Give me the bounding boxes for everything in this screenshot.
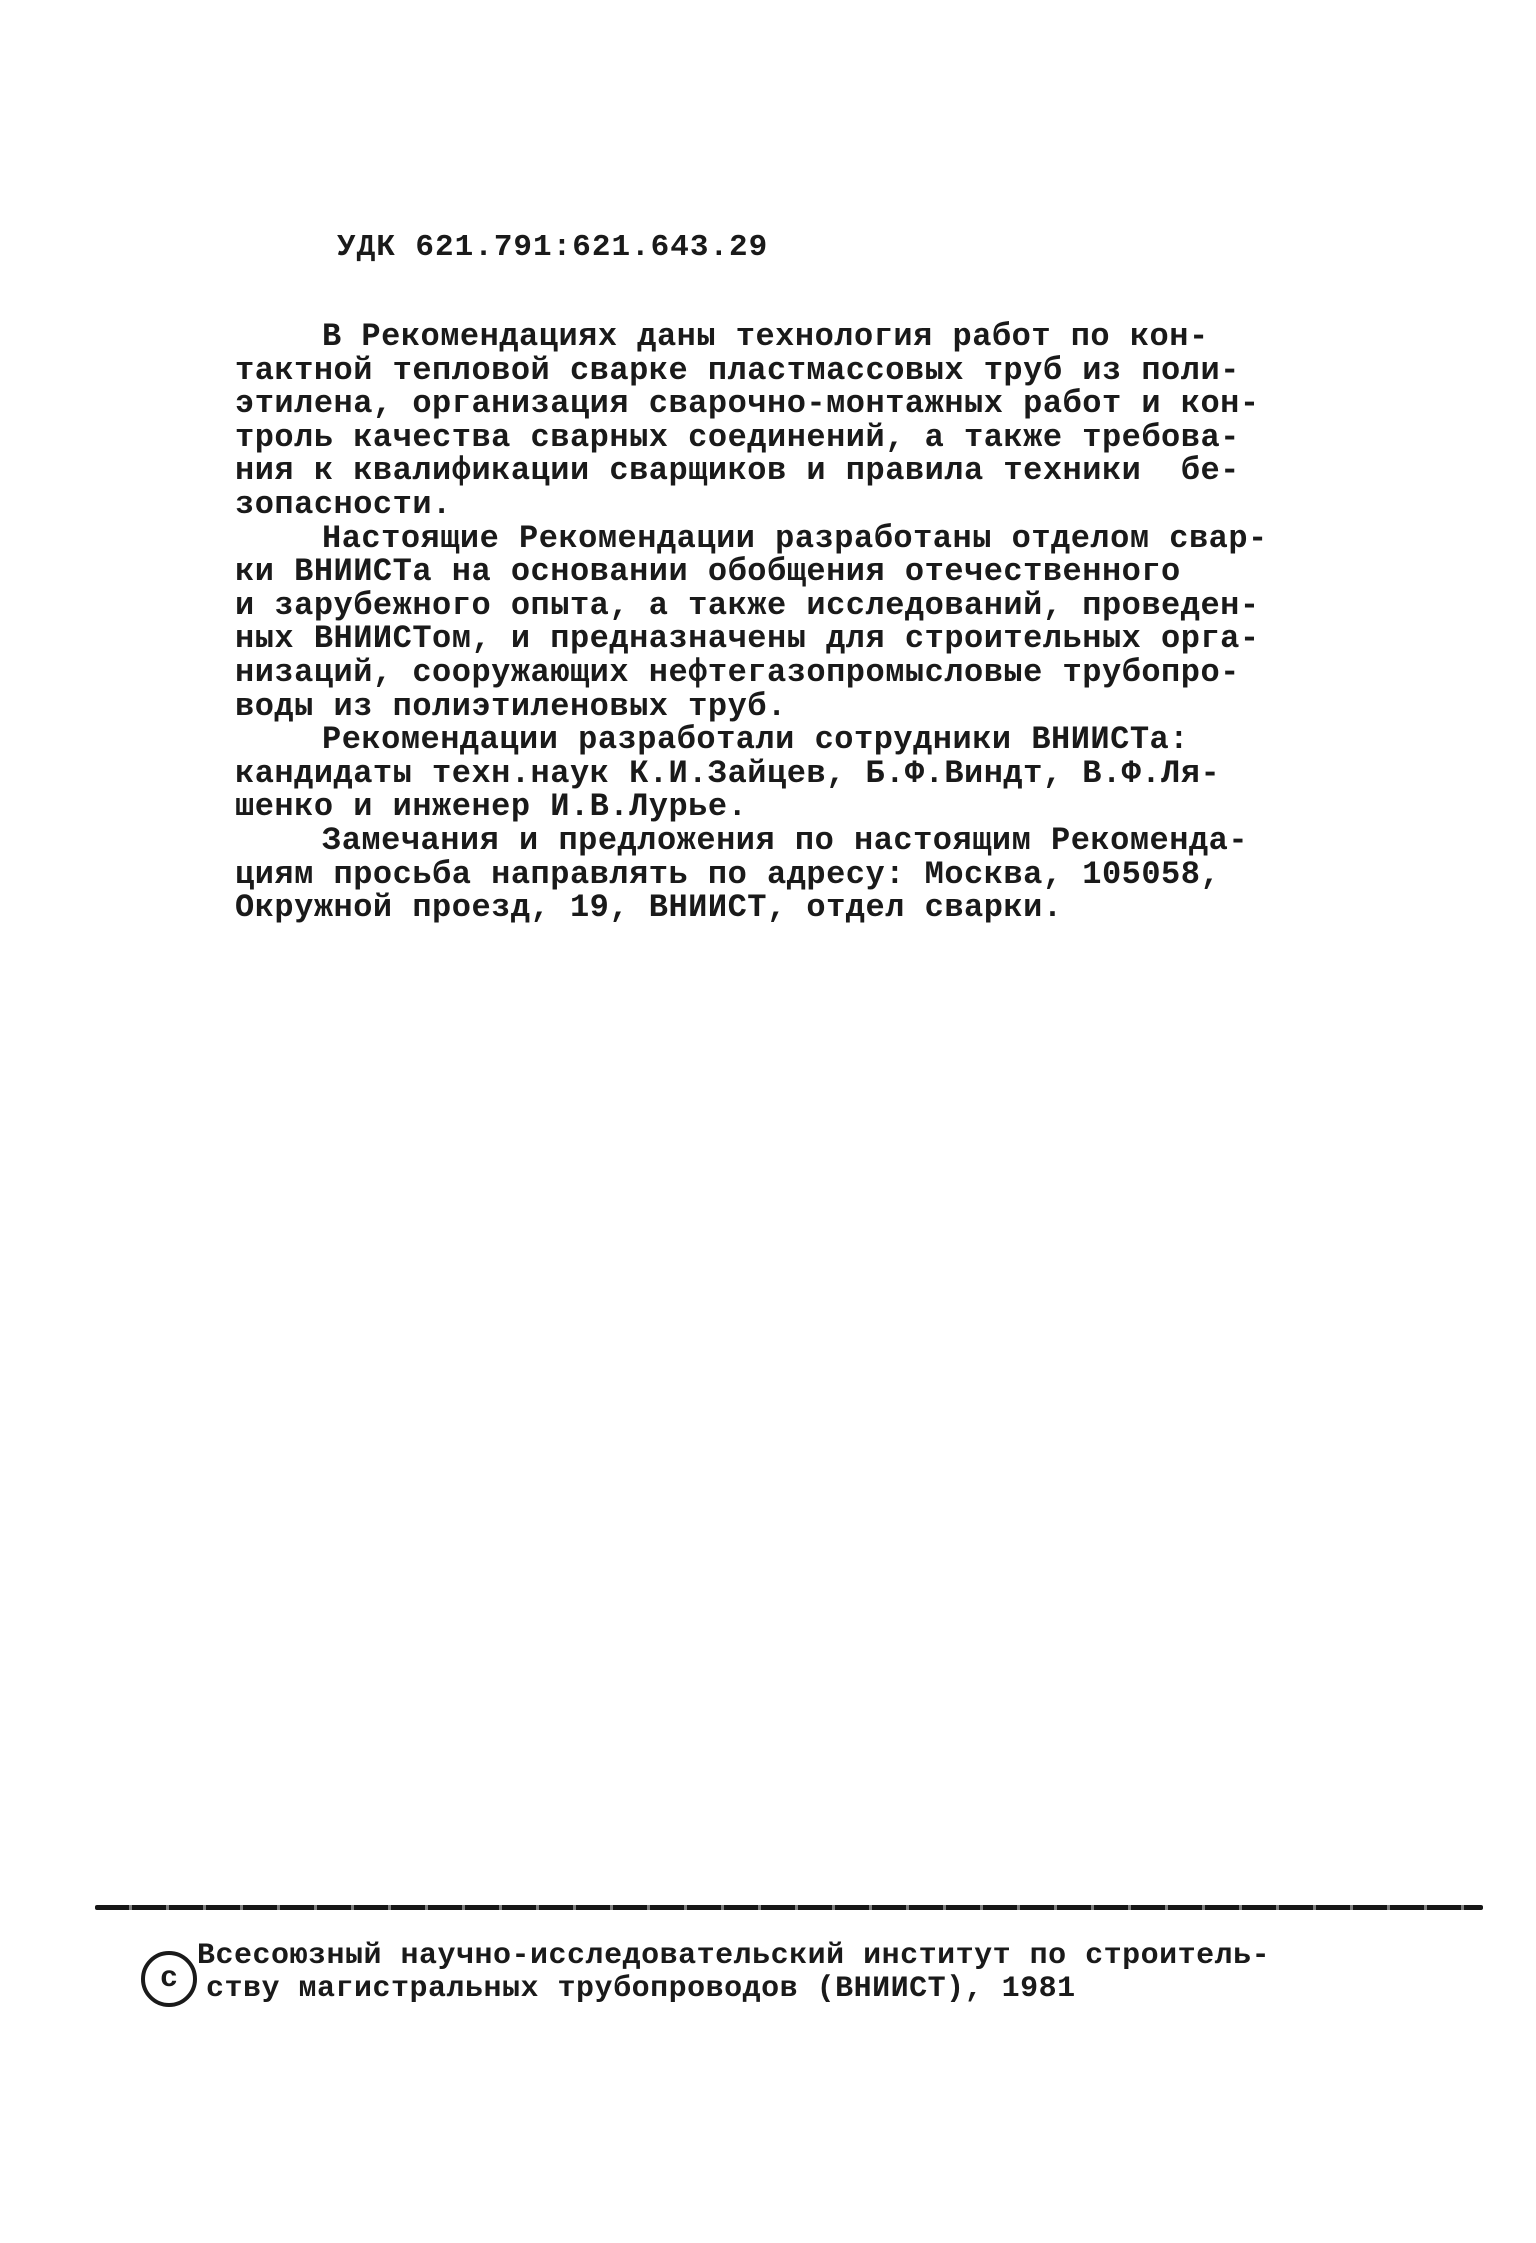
paragraph-2-line: Настоящие Рекомендации разработаны отдел… [235,522,1355,556]
paragraph-2-line: и зарубежного опыта, а также исследовани… [235,589,1355,623]
copyright-icon: с [141,1951,197,2007]
footer-divider-line [95,1905,1483,1910]
paragraph-1-line: В Рекомендациях даны технология работ по… [235,320,1355,354]
body-text: В Рекомендациях даны технология работ по… [235,320,1355,925]
paragraph-3-line: кандидаты техн.наук К.И.Зайцев, Б.Ф.Винд… [235,757,1355,791]
copyright-notice: Всесоюзный научно-исследовательский инст… [197,1940,1270,2006]
paragraph-3-line: Рекомендации разработали сотрудники ВНИИ… [235,723,1355,757]
paragraph-2-line: ных ВНИИСТом, и предназначены для строит… [235,622,1355,656]
paragraph-1-line: этилена, организация сварочно-монтажных … [235,387,1355,421]
copyright-letter: с [160,1964,178,1994]
paragraph-4-line: Окружной проезд, 19, ВНИИСТ, отдел сварк… [235,891,1355,925]
paragraph-2-line: ки ВНИИСТа на основании обобщения отечес… [235,555,1355,589]
paragraph-2-line: низаций, сооружающих нефтегазопромысловы… [235,656,1355,690]
document-page: УДК 621.791:621.643.29 В Рекомендациях д… [0,0,1536,2243]
paragraph-1-line: тактной тепловой сварке пластмассовых тр… [235,354,1355,388]
copyright-notice-line: ству магистральных трубопроводов (ВНИИСТ… [197,1973,1270,2006]
copyright-notice-line: Всесоюзный научно-исследовательский инст… [197,1940,1270,1973]
paragraph-1-line: зопасности. [235,488,1355,522]
paragraph-4-line: циям просьба направлять по адресу: Москв… [235,858,1355,892]
paragraph-1-line: ния к квалификации сварщиков и правила т… [235,454,1355,488]
paragraph-4-line: Замечания и предложения по настоящим Рек… [235,824,1355,858]
paragraph-2-line: воды из полиэтиленовых труб. [235,690,1355,724]
udk-classification-code: УДК 621.791:621.643.29 [337,230,768,265]
paragraph-1-line: троль качества сварных соединений, а так… [235,421,1355,455]
paragraph-3-line: шенко и инженер И.В.Лурье. [235,790,1355,824]
